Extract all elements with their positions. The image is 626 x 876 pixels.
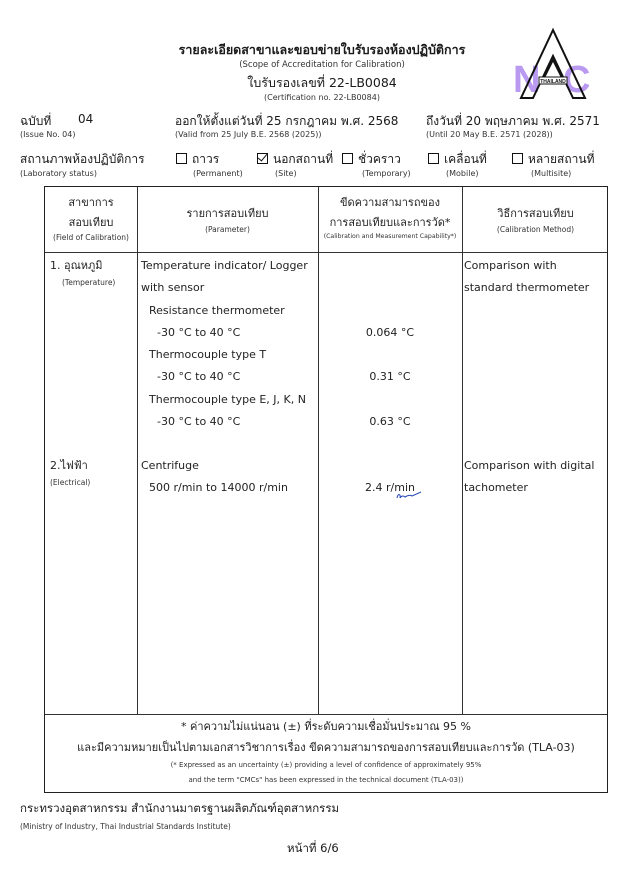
nac-thailand-logo: N C THAILAND <box>505 26 605 106</box>
method-line: Comparison with <box>464 255 589 277</box>
status-option-site[interactable]: นอกสถานที่ <box>257 150 333 169</box>
header-parameter: รายการสอบเทียบ (Parameter) <box>137 205 318 234</box>
method-line: standard thermometer <box>464 277 589 299</box>
parameter-line: with sensor <box>141 277 308 299</box>
field-temperature: 1. อุณหภูมิ (Temperature) <box>50 255 115 289</box>
checkbox-unchecked-icon[interactable] <box>512 153 523 164</box>
cmc-line: 0.064 °C <box>318 322 462 344</box>
cmc-line <box>318 277 462 299</box>
status-option-label: ชั่วคราว <box>358 152 401 166</box>
checkbox-checked-icon[interactable] <box>257 153 268 164</box>
issue-label-en: (Issue No. 04) <box>20 130 75 139</box>
document-title-en: (Scope of Accreditation for Calibration) <box>239 60 405 70</box>
parameter-line: Temperature indicator/ Logger <box>141 255 308 277</box>
status-option-en: (Site) <box>275 169 297 178</box>
cmc-line <box>318 255 462 277</box>
cmc-line <box>318 344 462 366</box>
checkbox-unchecked-icon[interactable] <box>428 153 439 164</box>
method-electrical: Comparison with digitaltachometer <box>464 455 594 500</box>
method-temperature: Comparison withstandard thermometer <box>464 255 589 300</box>
lab-status-label: สถานภาพห้องปฏิบัติการ <box>20 150 145 169</box>
method-line: tachometer <box>464 477 594 499</box>
checkbox-unchecked-icon[interactable] <box>176 153 187 164</box>
status-option-en: (Permanent) <box>193 169 243 178</box>
uncertainty-note: * ค่าความไม่แน่นอน (±) ที่ระดับความเชื่อ… <box>45 716 607 788</box>
valid-from-en: (Valid from 25 July B.E. 2568 (2025)) <box>175 130 322 139</box>
issuing-organization-en: (Ministry of Industry, Thai Industrial S… <box>20 822 231 831</box>
status-option-en: (Multisite) <box>531 169 571 178</box>
cmc-line: 0.31 °C <box>318 366 462 388</box>
status-option-mobile[interactable]: เคลื่อนที่ <box>428 150 487 169</box>
certificate-number-en: (Certification no. 22-LB0084) <box>264 93 380 102</box>
checkbox-unchecked-icon[interactable] <box>342 153 353 164</box>
status-option-en: (Mobile) <box>446 169 478 178</box>
parameter-line: Centrifuge <box>141 455 288 477</box>
cmc-temperature: 0.064 °C 0.31 °C 0.63 °C <box>318 255 462 433</box>
field-electrical: 2.ไฟฟ้า (Electrical) <box>50 455 90 489</box>
parameter-temperature: Temperature indicator/ Loggerwith sensor… <box>141 255 308 433</box>
cmc-line: 2.4 r/min <box>318 477 462 499</box>
status-option-label: นอกสถานที่ <box>273 152 333 166</box>
header-cmc: ขีดความสามารถของ การสอบเทียบและการวัด* (… <box>318 193 462 240</box>
parameter-line: 500 r/min to 14000 r/min <box>141 477 288 499</box>
scope-table: สาขาการ สอบเทียบ (Field of Calibration) … <box>44 186 608 793</box>
page-number: หน้าที่ 6/6 <box>287 840 339 858</box>
cmc-line <box>318 389 462 411</box>
status-option-multisite[interactable]: หลายสถานที่ <box>512 150 594 169</box>
valid-until: ถึงวันที่ 20 พฤษภาคม พ.ศ. 2571 <box>426 112 600 131</box>
parameter-line: -30 °C to 40 °C <box>141 366 308 388</box>
parameter-line: Thermocouple type T <box>141 344 308 366</box>
svg-text:THAILAND: THAILAND <box>540 79 566 85</box>
method-line: Comparison with digital <box>464 455 594 477</box>
parameter-line: -30 °C to 40 °C <box>141 411 308 433</box>
status-option-label: หลายสถานที่ <box>528 152 594 166</box>
issue-label: ฉบับที่ <box>20 112 51 131</box>
cmc-line <box>318 455 462 477</box>
status-option-en: (Temporary) <box>362 169 411 178</box>
lab-status-label-en: (Laboratory status) <box>20 169 97 178</box>
header-method: วิธีการสอบเทียบ (Calibration Method) <box>462 205 609 234</box>
header-field: สาขาการ สอบเทียบ (Field of Calibration) <box>45 193 137 242</box>
parameter-electrical: Centrifuge500 r/min to 14000 r/min <box>141 455 288 500</box>
issuing-organization: กระทรวงอุตสาหกรรม สำนักงานมาตรฐานผลิตภัณ… <box>20 800 339 818</box>
status-option-permanent[interactable]: ถาวร <box>176 150 219 169</box>
certificate-number: ใบรับรองเลขที่ 22-LB0084 <box>247 73 396 93</box>
status-option-temporary[interactable]: ชั่วคราว <box>342 150 401 169</box>
initials-signature <box>394 488 424 502</box>
issue-number: 04 <box>78 112 93 126</box>
valid-from: ออกให้ตั้งแต่วันที่ 25 กรกฎาคม พ.ศ. 2568 <box>175 112 398 131</box>
status-option-label: ถาวร <box>192 152 219 166</box>
cmc-line <box>318 300 462 322</box>
cmc-line: 0.63 °C <box>318 411 462 433</box>
status-option-label: เคลื่อนที่ <box>444 152 487 166</box>
parameter-line: Thermocouple type E, J, K, N <box>141 389 308 411</box>
cmc-electrical: 2.4 r/min <box>318 455 462 500</box>
document-title: รายละเอียดสาขาและขอบข่ายใบรับรองห้องปฏิบ… <box>179 40 466 60</box>
valid-until-en: (Until 20 May B.E. 2571 (2028)) <box>426 130 553 139</box>
parameter-line: Resistance thermometer <box>141 300 308 322</box>
parameter-line: -30 °C to 40 °C <box>141 322 308 344</box>
